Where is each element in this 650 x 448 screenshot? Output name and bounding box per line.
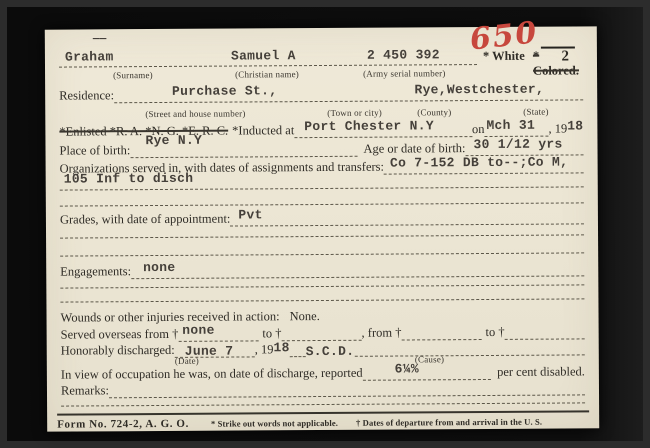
overseas-from2-rule xyxy=(401,324,481,340)
induction-date-rule: Mch 31 xyxy=(484,121,548,137)
discharge-cause-rule xyxy=(354,339,585,356)
remarks-row: Remarks: xyxy=(61,379,585,398)
blank-rule xyxy=(60,234,584,238)
cause-caption: (Cause) xyxy=(415,354,444,364)
grades-value: Pvt xyxy=(238,207,262,222)
overseas-to1-rule xyxy=(281,325,361,341)
state-caption: (State) xyxy=(523,107,548,117)
top-typed-dash: —— xyxy=(93,33,107,45)
military-record-card: 650 2 —— Graham Samuel A 2 450 392 * Whi… xyxy=(45,26,599,431)
engagements-value: none xyxy=(143,260,175,275)
card-footer: Form No. 724-2, A. G. O. * Strike out wo… xyxy=(57,410,589,430)
blank-rule xyxy=(60,284,584,288)
remarks-rule xyxy=(109,379,585,398)
strike-note: * Strike out words not applicable. xyxy=(211,418,338,429)
street-caption: (Street and house number) xyxy=(145,108,245,119)
serial-number-caption: (Army serial number) xyxy=(363,68,446,79)
serial-number-value: 2 450 392 xyxy=(367,47,440,62)
induction-year-value: 18 xyxy=(567,118,583,133)
age-value: 30 1/12 yrs xyxy=(473,137,562,153)
surname-value: Graham xyxy=(65,49,114,64)
county-caption: (County) xyxy=(417,107,451,117)
engagements-row: Engagements: none xyxy=(60,260,584,279)
induction-date-value: Mch 31 xyxy=(486,118,535,133)
race-colored-label: * Colored. xyxy=(533,48,583,78)
organizations-value-2: 105 Inf to disch xyxy=(64,171,194,187)
disability-rule: 6¼% xyxy=(363,364,492,381)
race-white-label: * White xyxy=(483,49,525,64)
inducted-place-rule: Port Chester N.Y xyxy=(294,121,472,138)
date-caption: (Date) xyxy=(175,356,199,366)
discharge-gap-rule xyxy=(290,341,306,357)
overseas-to1-label: to † xyxy=(262,326,281,341)
discharge-year-prefix: , 19 xyxy=(255,342,274,357)
residence-label: Residence: xyxy=(59,88,114,103)
overseas-to2-rule xyxy=(505,323,585,339)
blank-rule xyxy=(61,402,585,406)
discharge-row: Honorably discharged: June 7 , 19 18 S.C… xyxy=(61,339,585,358)
form-number: Form No. 724-2, A. G. O. xyxy=(57,418,189,431)
overseas-from2-label: , from † xyxy=(361,326,401,341)
town-county-value: Rye,Westchester, xyxy=(414,82,544,98)
on-label: on xyxy=(472,122,485,137)
engagements-label: Engagements: xyxy=(60,264,131,279)
christian-name-caption: (Christian name) xyxy=(235,69,299,79)
name-row: Graham Samuel A 2 450 392 * White * Colo… xyxy=(59,46,583,67)
inducted-at-label: *Inducted at xyxy=(232,123,294,138)
organizations-rule: Co 7-152 DB to--;Co M, xyxy=(384,157,584,174)
street-value: Purchase St., xyxy=(172,83,277,99)
place-of-birth-label: Place of birth: xyxy=(59,143,130,158)
remarks-label: Remarks: xyxy=(61,383,109,398)
blank-rule xyxy=(60,202,584,206)
dagger-note: † Dates of departure from and arrival in… xyxy=(356,417,542,428)
enlistment-options-struck: *Enlisted *R. A. *N. G. *E. R. C. xyxy=(59,124,228,140)
inducted-place-value: Port Chester N.Y xyxy=(304,118,434,134)
town-caption: (Town or city) xyxy=(327,108,382,118)
discharge-cause-value: S.C.D. xyxy=(306,344,355,359)
wounds-row: Wounds or other injuries received in act… xyxy=(60,307,584,325)
surname-caption: (Surname) xyxy=(113,70,153,80)
discharge-year-value: 18 xyxy=(273,340,289,355)
grades-row: Grades, with date of appointment: Pvt xyxy=(60,208,584,227)
overseas-from-label: Served overseas from † xyxy=(61,327,179,343)
overseas-from-rule: none xyxy=(178,325,258,341)
overseas-to2-label: to † xyxy=(485,325,504,340)
blank-rule xyxy=(60,298,584,302)
name-row-rule xyxy=(59,64,477,68)
blank-rule xyxy=(60,252,584,256)
grades-label: Grades, with date of appointment: xyxy=(60,212,231,228)
christian-name-value: Samuel A xyxy=(231,48,296,63)
engagements-rule: none xyxy=(131,260,584,279)
overseas-from-value: none xyxy=(182,323,214,338)
disability-value: 6¼% xyxy=(395,361,419,376)
wounds-value: None. xyxy=(290,309,320,324)
disability-suffix: per cent disabled. xyxy=(497,364,585,380)
residence-rule: Purchase St., Rye,Westchester, NEW YORK xyxy=(114,84,583,103)
wounds-label: Wounds or other injuries received in act… xyxy=(60,309,279,325)
blank-rule xyxy=(60,186,584,190)
place-of-birth-rule xyxy=(130,141,357,158)
grades-rule: Pvt xyxy=(230,208,584,226)
year-prefix: , 19 xyxy=(548,122,567,137)
organizations-value-1: Co 7-152 DB to--;Co M, xyxy=(390,154,568,170)
discharge-label: Honorably discharged: xyxy=(61,343,175,359)
residence-row: Residence: Purchase St., Rye,Westchester… xyxy=(59,84,583,103)
